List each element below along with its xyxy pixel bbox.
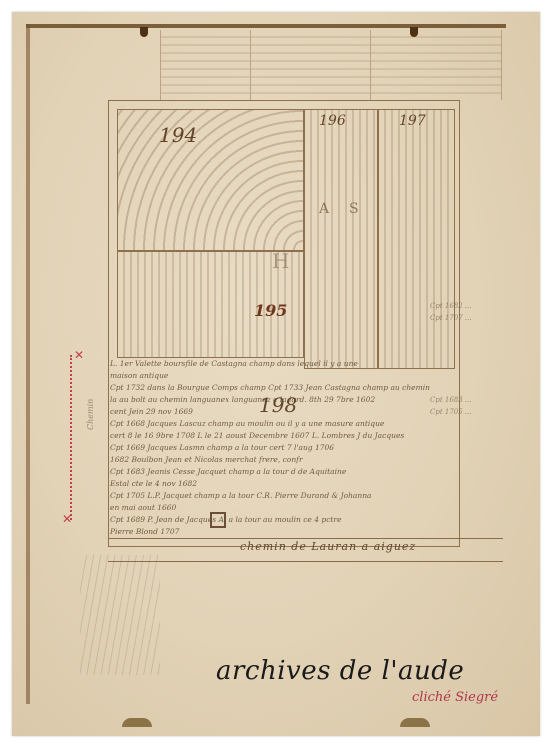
legend-line: Pierre Blond 1707 — [110, 526, 435, 538]
left-margin-label: Chemin — [86, 399, 95, 430]
legend-line: Estal cte le 4 nov 1682 — [110, 478, 435, 490]
parcel-194 — [117, 109, 304, 251]
red-cross-icon: ✕ — [62, 512, 72, 526]
note-line: Cpt 1705 ... — [430, 406, 510, 418]
red-cross-icon: ✕ — [74, 348, 84, 362]
pin-mark-bottom — [122, 718, 152, 727]
legend-line: Cpt 1732 dans la Bourgue Comps champ Cpt… — [110, 382, 435, 394]
pin-mark-bottom — [400, 718, 430, 727]
mount-edge-left — [26, 24, 30, 704]
legend-line: en mai aout 1660 — [110, 502, 435, 514]
legend-line: la au bolt au chemin languanex languanez… — [110, 394, 435, 406]
note-line: Cpt 1683 ... — [430, 394, 510, 406]
legend-line: Cpt 1689 P. Jean de Jacques A. a la tour… — [110, 514, 435, 526]
archive-caption: archives de l'aude — [216, 656, 464, 686]
legend-line: L. 1er Valette boursfile de Castagna cha… — [110, 358, 435, 370]
parcel-legend: L. 1er Valette boursfile de Castagna cha… — [110, 358, 435, 533]
legend-line: cent Jein 29 nov 1669 — [110, 406, 435, 418]
parcel-number: 195 — [254, 301, 287, 320]
letter-mark: A — [319, 201, 329, 217]
road-label: chemin de Lauran a aiguez — [240, 540, 416, 553]
legend-line: Cpt 1668 Jacques Lascuz champ au moulin … — [110, 418, 435, 430]
parcel-196 — [304, 109, 378, 369]
faded-upper-plan — [160, 30, 500, 100]
letter-mark: S — [349, 201, 359, 217]
pin-mark — [140, 27, 148, 37]
square-mark — [210, 512, 226, 528]
note-line: Cpt 1707 ... — [430, 312, 510, 324]
pencil-annotations — [80, 555, 160, 675]
right-margin-notes: Cpt 1682 ... Cpt 1707 ... Cpt 1683 ... C… — [430, 210, 510, 418]
legend-line: cert 8 le 16 9bre 1708 L le 21 aoust Dec… — [110, 430, 435, 442]
parcel-number: 194 — [159, 123, 197, 147]
parcel-number: 196 — [319, 113, 346, 129]
legend-line: Cpt 1669 Jacques Lasmn champ a la tour c… — [110, 442, 435, 454]
parcel-number: 197 — [399, 113, 426, 129]
mount-edge-top — [26, 24, 506, 28]
note-line: Cpt 1682 ... — [430, 300, 510, 312]
red-boundary-line — [70, 355, 76, 520]
legend-line: Cpt 1705 L.P. Jacquet champ a la tour C.… — [110, 490, 435, 502]
photo-credit: cliché Siegré — [412, 690, 498, 705]
legend-line: maison antique — [110, 370, 435, 382]
letter-mark: H — [272, 249, 289, 273]
legend-line: 1682 Boulbon Jean et Nicolas merchat fre… — [110, 454, 435, 466]
legend-line: Cpt 1683 Jeanis Cesse Jacquet champ a la… — [110, 466, 435, 478]
